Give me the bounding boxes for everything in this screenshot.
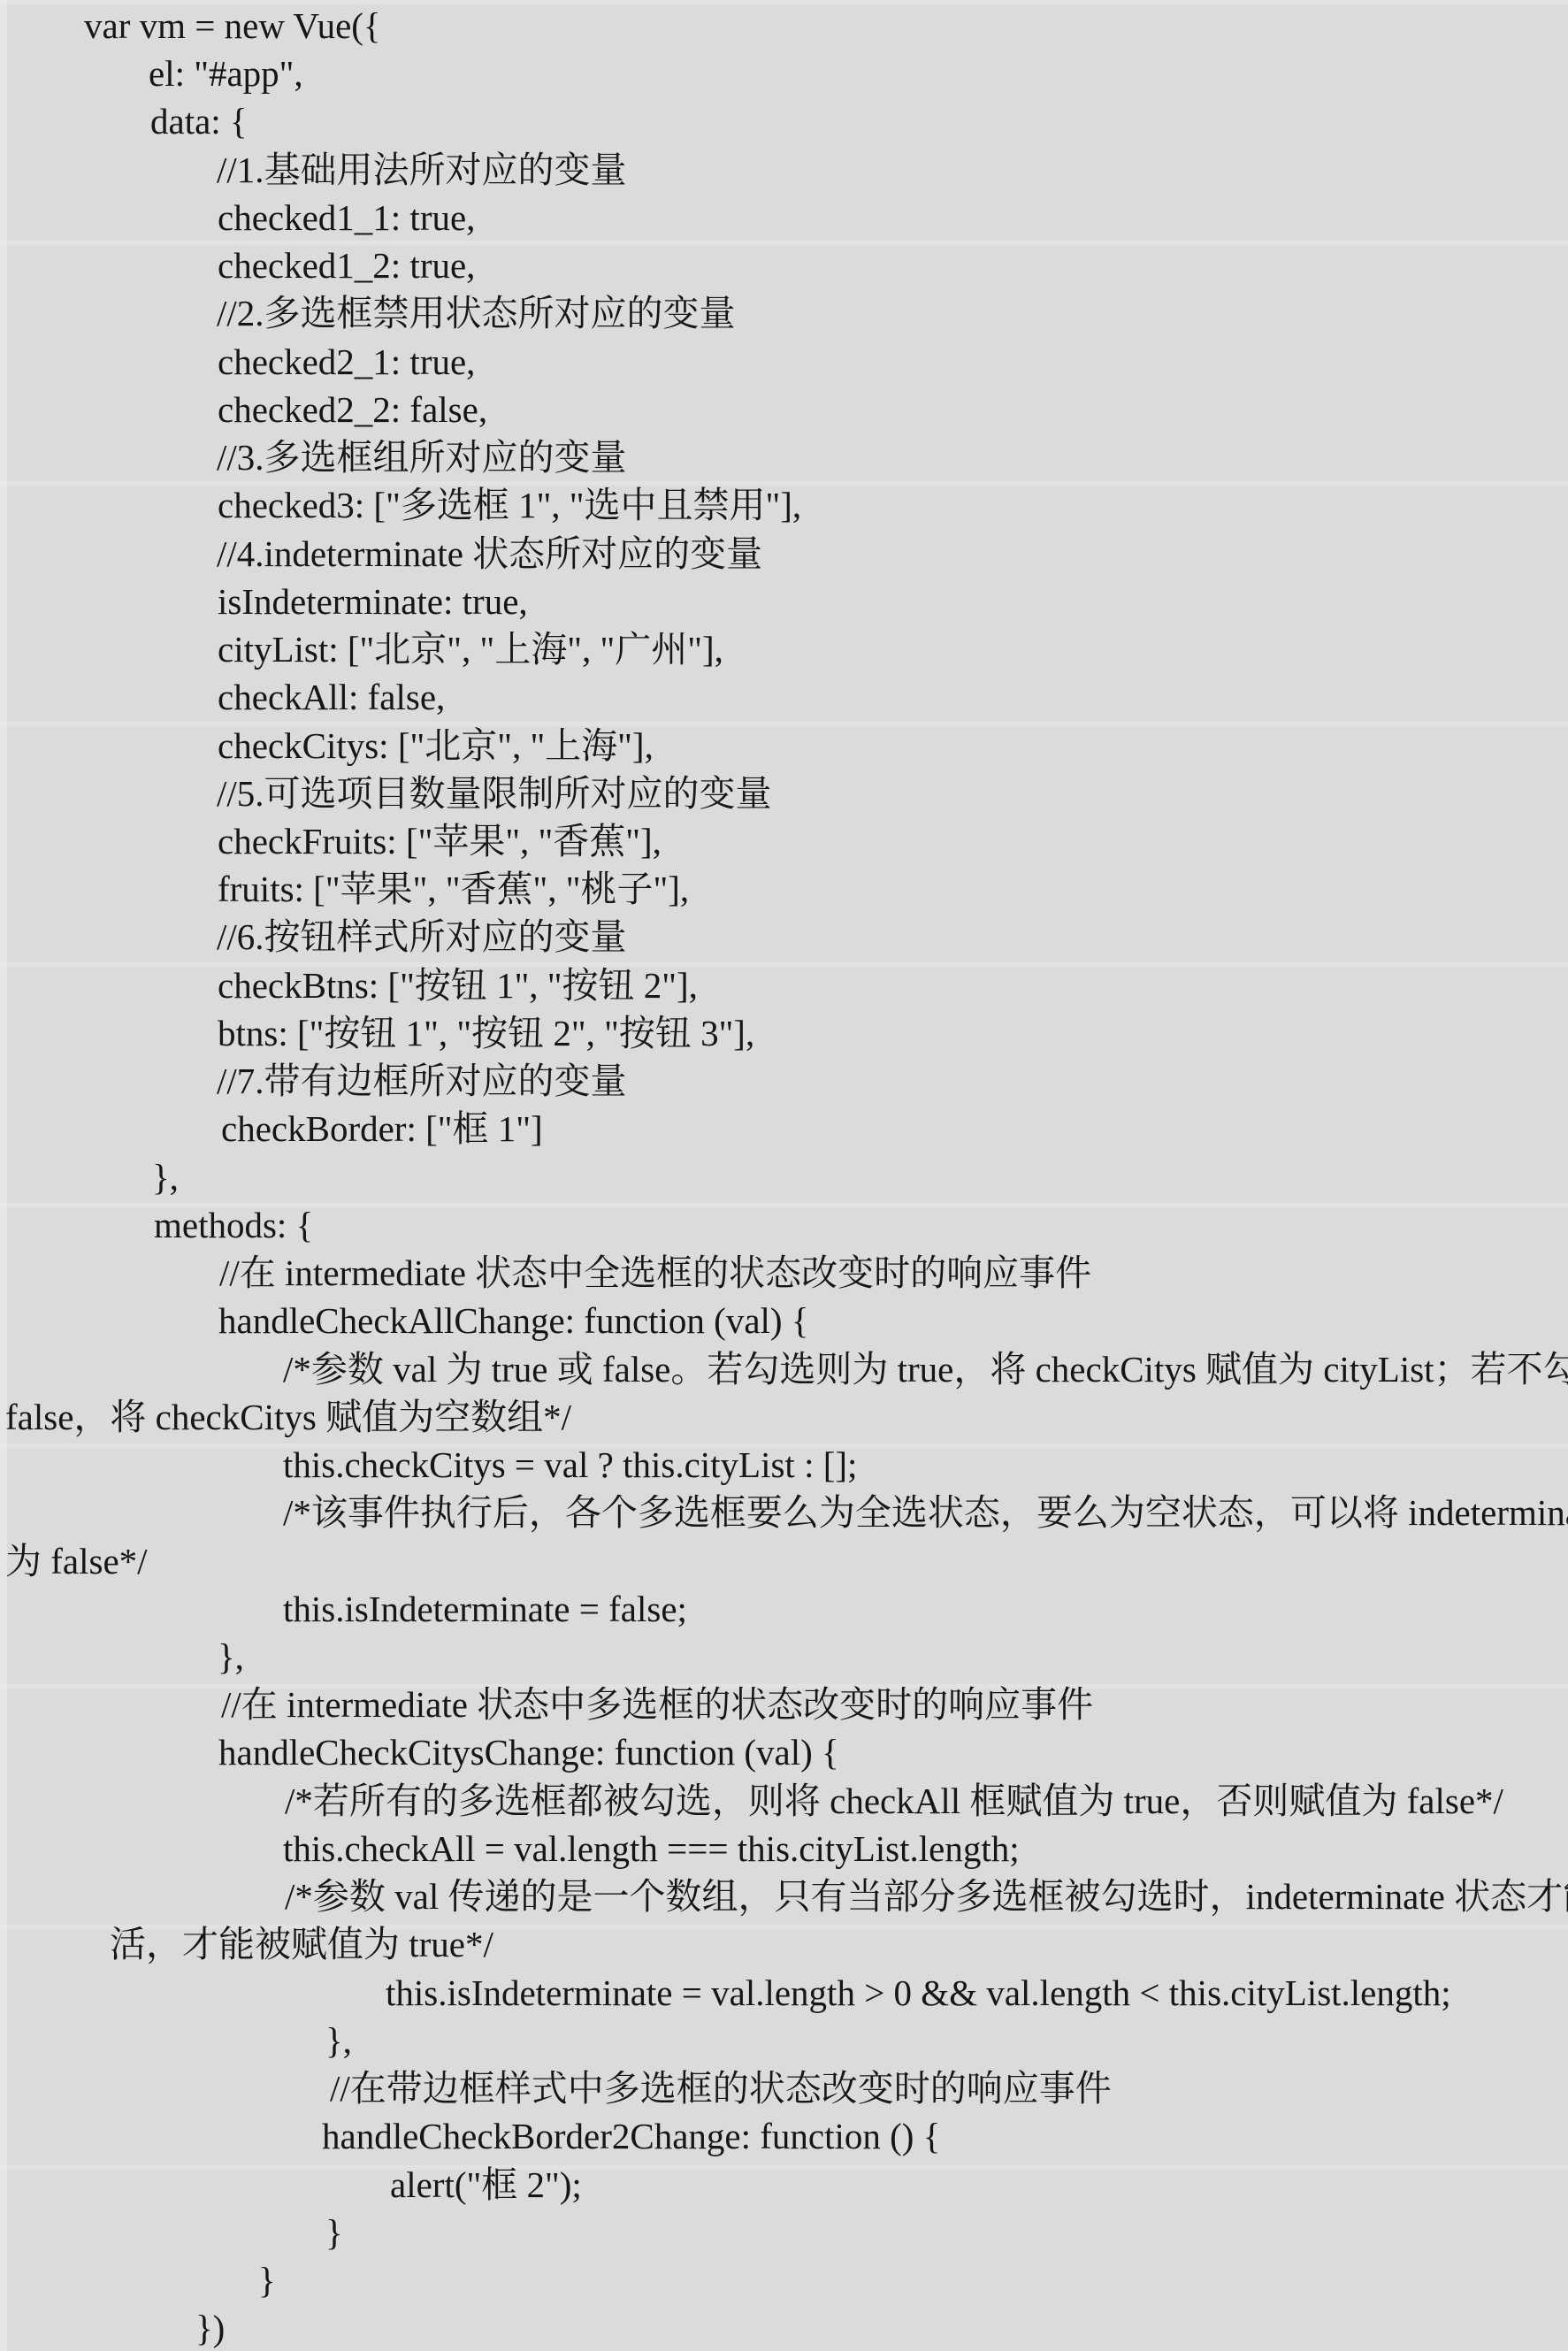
code-line: this.isIndeterminate = val.length > 0 &&… xyxy=(0,1969,1568,2017)
code-line: var vm = new Vue({ xyxy=(0,2,1568,50)
code-line: 活，才能被赋值为 true*/ xyxy=(0,1920,1568,1968)
code-line: isIndeterminate: true, xyxy=(0,578,1568,625)
code-line: alert("框 2"); xyxy=(0,2161,1568,2209)
code-line: /*参数 val 为 true 或 false。若勾选则为 true，将 che… xyxy=(0,1345,1568,1393)
code-line: checkAll: false, xyxy=(0,673,1568,721)
code-line: el: "#app", xyxy=(0,50,1568,97)
code-line: //7.带有边框所对应的变量 xyxy=(0,1057,1568,1105)
code-line: checked1_1: true, xyxy=(0,194,1568,241)
code-line: } xyxy=(0,2209,1568,2256)
code-line: handleCheckCitysChange: function (val) { xyxy=(0,1728,1568,1776)
code-line: //在 intermediate 状态中全选框的状态改变时的响应事件 xyxy=(0,1249,1568,1297)
code-line: this.checkAll = val.length === this.city… xyxy=(0,1825,1568,1872)
code-line: } xyxy=(0,2256,1568,2304)
code-line: handleCheckBorder2Change: function () { xyxy=(0,2112,1568,2160)
code-line: 为 false*/ xyxy=(0,1537,1568,1585)
code-line: //6.按钮样式所对应的变量 xyxy=(0,913,1568,961)
code-line: checkFruits: ["苹果", "香蕉"], xyxy=(0,817,1568,865)
code-line: cityList: ["北京", "上海", "广州"], xyxy=(0,625,1568,673)
code-line: checked3: ["多选框 1", "选中且禁用"], xyxy=(0,481,1568,529)
code-line: checkCitys: ["北京", "上海"], xyxy=(0,722,1568,770)
code-line: this.isIndeterminate = false; xyxy=(0,1585,1568,1633)
code-line: //5.可选项目数量限制所对应的变量 xyxy=(0,770,1568,817)
code-listing-page: var vm = new Vue({el: "#app",data: {//1.… xyxy=(0,0,1568,2351)
code-line: /*该事件执行后，各个多选框要么为全选状态，要么为空状态，可以将 indeter… xyxy=(0,1489,1568,1536)
code-line: false，将 checkCitys 赋值为空数组*/ xyxy=(0,1393,1568,1441)
code-line: //4.indeterminate 状态所对应的变量 xyxy=(0,530,1568,578)
code-line: handleCheckAllChange: function (val) { xyxy=(0,1297,1568,1344)
code-line: //3.多选框组所对应的变量 xyxy=(0,433,1568,481)
code-line: //在 intermediate 状态中多选框的状态改变时的响应事件 xyxy=(0,1681,1568,1728)
code-block: var vm = new Vue({el: "#app",data: {//1.… xyxy=(0,0,1568,2351)
code-line: }, xyxy=(0,1153,1568,1201)
code-line: checkBtns: ["按钮 1", "按钮 2"], xyxy=(0,961,1568,1009)
code-line: }, xyxy=(0,1633,1568,1681)
code-line: methods: { xyxy=(0,1201,1568,1249)
code-line: btns: ["按钮 1", "按钮 2", "按钮 3"], xyxy=(0,1009,1568,1057)
code-line: checkBorder: ["框 1"] xyxy=(0,1105,1568,1153)
code-line: //2.多选框禁用状态所对应的变量 xyxy=(0,289,1568,337)
code-line: this.checkCitys = val ? this.cityList : … xyxy=(0,1441,1568,1489)
code-line: //在带边框样式中多选框的状态改变时的响应事件 xyxy=(0,2064,1568,2112)
code-line: data: { xyxy=(0,97,1568,145)
code-line: fruits: ["苹果", "香蕉", "桃子"], xyxy=(0,865,1568,913)
code-line: checked2_2: false, xyxy=(0,386,1568,433)
code-line: /*参数 val 传递的是一个数组，只有当部分多选框被勾选时，indetermi… xyxy=(0,1872,1568,1920)
code-line: }, xyxy=(0,2017,1568,2064)
code-line: checked2_1: true, xyxy=(0,338,1568,386)
code-line: /*若所有的多选框都被勾选，则将 checkAll 框赋值为 true，否则赋值… xyxy=(0,1777,1568,1825)
code-line: //1.基础用法所对应的变量 xyxy=(0,146,1568,194)
code-line: checked1_2: true, xyxy=(0,241,1568,289)
code-line: }) xyxy=(0,2304,1568,2351)
